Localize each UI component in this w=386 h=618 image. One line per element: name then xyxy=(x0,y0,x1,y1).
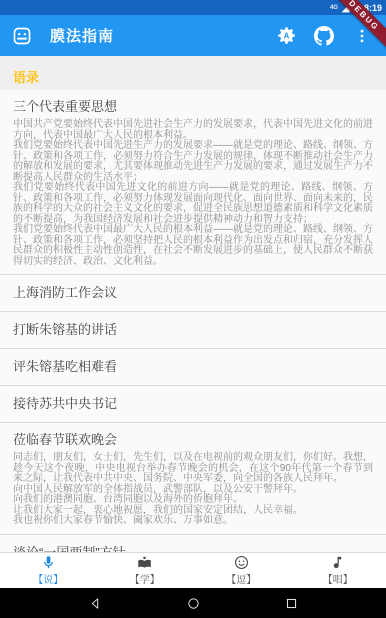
quote-item-one-country-two-systems[interactable]: 谈论“一国两制”方针 xyxy=(0,535,386,553)
quote-title: 三个代表重要思想 xyxy=(13,98,373,116)
android-nav-bar xyxy=(0,588,386,618)
quote-item-interrupt-speech[interactable]: 打断朱镕基的讲话 xyxy=(0,312,386,348)
gear-a-icon: A xyxy=(277,26,296,45)
tab-speak[interactable]: 【说】 xyxy=(0,553,97,588)
quote-body: 中国共产党要始终代表中国先进社会生产力的发展要求，代表中国先进文化的前进方向，代… xyxy=(13,120,373,267)
quote-title: 上海消防工作会议 xyxy=(13,284,373,302)
smiley-icon xyxy=(234,555,249,570)
home-circle-icon xyxy=(186,596,201,611)
github-icon xyxy=(314,26,334,46)
recents-button[interactable] xyxy=(273,592,309,614)
back-triangle-icon xyxy=(88,596,103,611)
tab-amuse[interactable]: 【逗】 xyxy=(193,553,290,588)
section-header: 语录 xyxy=(0,56,386,90)
back-button[interactable] xyxy=(77,592,113,614)
tab-label: 【学】 xyxy=(130,571,160,586)
tab-sing[interactable]: 【唱】 xyxy=(290,553,386,588)
status-bar: 4G 8:19 xyxy=(0,0,386,15)
mask-face-icon xyxy=(12,26,32,46)
app-screen: 4G 8:19 DEBUG 膜法指南 xyxy=(0,0,386,618)
quote-item-shanghai-fire-meeting[interactable]: 上海消防工作会议 xyxy=(0,275,386,311)
bottom-tab-bar: 【说】 【学】 【逗】 xyxy=(0,552,386,588)
update-button[interactable]: A xyxy=(274,24,298,48)
recents-square-icon xyxy=(284,596,299,611)
quote-title: 莅临春节联欢晚会 xyxy=(13,431,373,449)
quote-title: 评朱镕基吃相难看 xyxy=(13,358,373,376)
tab-label: 【唱】 xyxy=(323,571,353,586)
quote-item-spring-festival-gala[interactable]: 莅临春节联欢晚会 同志们，朋友们，女士们，先生们，以及在电视前的观众朋友们，你们… xyxy=(0,423,386,534)
quote-item-comment-eating[interactable]: 评朱镕基吃相难看 xyxy=(0,349,386,385)
microphone-icon xyxy=(41,555,56,570)
tab-learn[interactable]: 【学】 xyxy=(97,553,194,588)
quote-title: 打断朱镕基的讲话 xyxy=(13,321,373,339)
quote-body: 同志们，朋友们，女士们，先生们，以及在电视前的观众朋友们，你们好。我想，趁今天这… xyxy=(13,453,373,527)
tab-label: 【逗】 xyxy=(226,571,256,586)
quote-item-three-represents[interactable]: 三个代表重要思想 中国共产党要始终代表中国先进社会生产力的发展要求，代表中国先进… xyxy=(0,90,386,274)
quote-title: 接待苏共中央书记 xyxy=(13,395,373,413)
tab-label: 【说】 xyxy=(33,571,63,586)
toolbar: 膜法指南 A xyxy=(0,15,386,56)
reading-book-icon xyxy=(137,555,152,570)
home-button[interactable] xyxy=(175,592,211,614)
quotes-list: 语录 三个代表重要思想 中国共产党要始终代表中国先进社会生产力的发展要求，代表中… xyxy=(0,56,386,552)
network-type-label: 4G xyxy=(330,5,338,11)
page-title: 膜法指南 xyxy=(50,25,114,46)
music-note-icon xyxy=(330,555,345,570)
quote-item-receive-secretary[interactable]: 接待苏共中央书记 xyxy=(0,386,386,422)
quote-title: 谈论“一国两制”方针 xyxy=(13,544,373,553)
github-button[interactable] xyxy=(312,24,336,48)
svg-text:A: A xyxy=(283,31,289,40)
